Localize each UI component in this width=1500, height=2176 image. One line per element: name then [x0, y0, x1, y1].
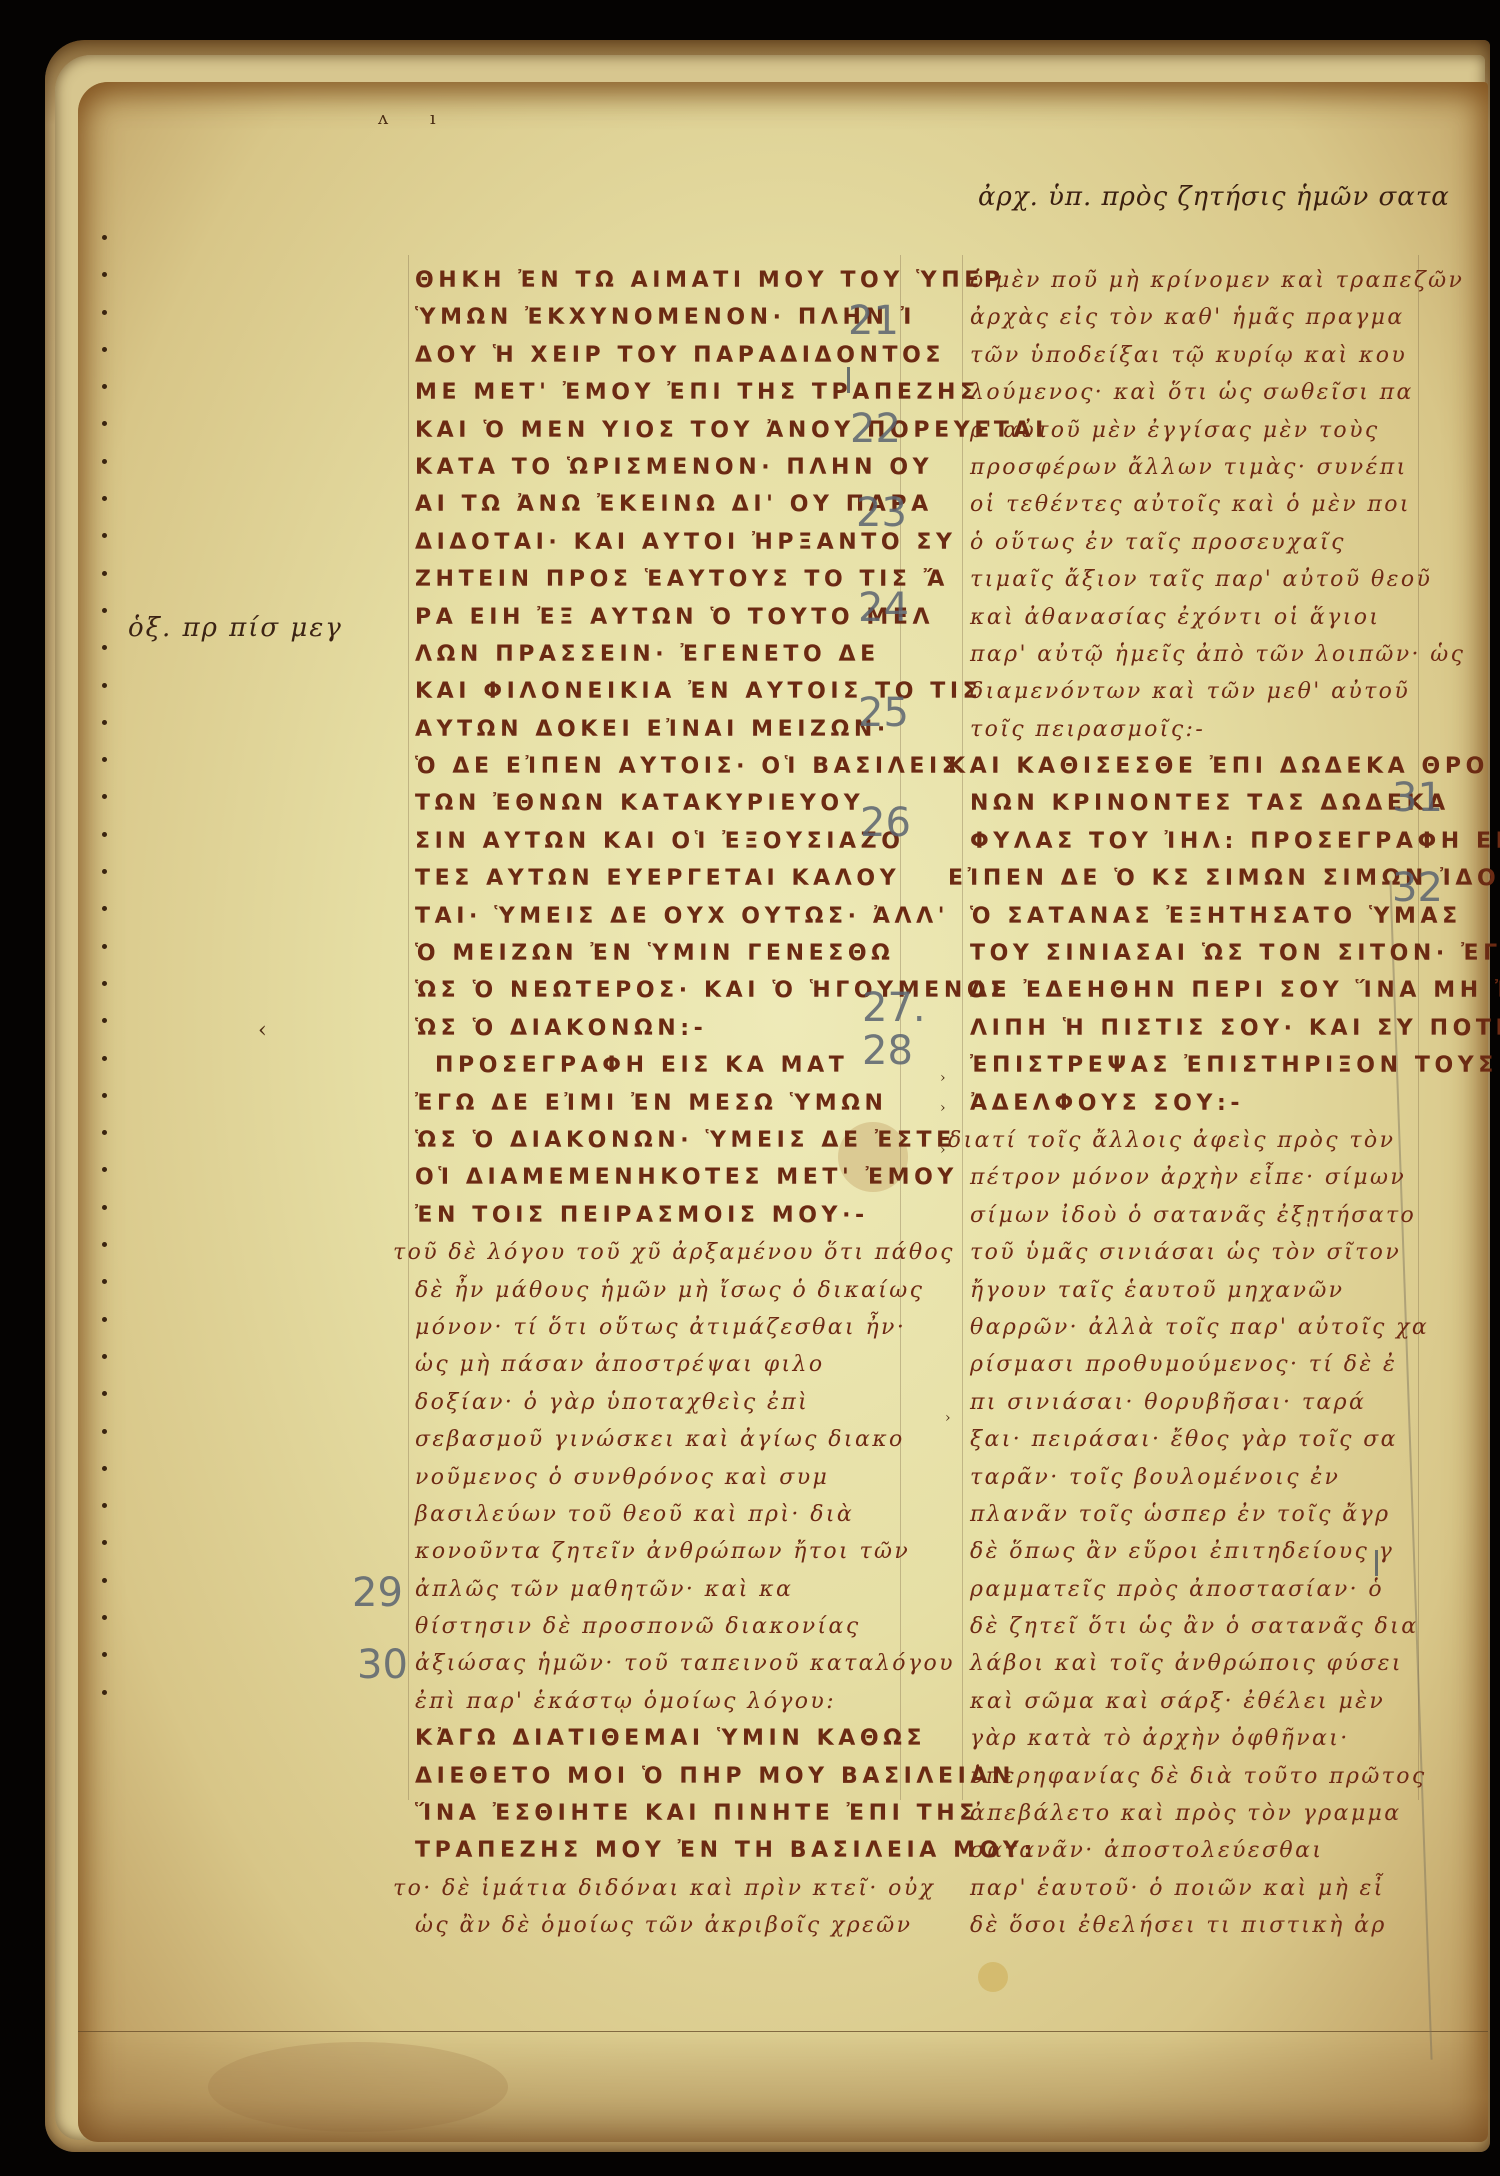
- text-line: σίμων ἰδοὺ ὁ σατανᾶς ἐξῃτήσατο: [970, 1197, 1410, 1234]
- stain: [978, 1962, 1008, 1992]
- text-line: δὲ ὅσοι ἐθελήσει τι πιστικὴ ἀρ: [970, 1907, 1410, 1944]
- text-line: ὩΣ Ὁ ΝΕΩΤΕΡΟΣ· ΚΑΙ Ὁ ἩΓΟΥΜΕΝΟΣ: [415, 972, 905, 1009]
- text-line: δὲ ὅπως ἂν εὕροι ἐπιτηδείους γ: [970, 1533, 1410, 1570]
- text-line: ΛΙΠΗ Ἡ ΠΙΣΤΙΣ ΣΟΥ· ΚΑΙ ΣΥ ΠΟΤΕ: [970, 1010, 1410, 1047]
- text-line: παρ' αὐτῷ ἡμεῖς ἀπὸ τῶν λοιπῶν· ὡς: [970, 636, 1410, 673]
- text-line: ΖΗΤΕΙΝ ΠΡΟΣ ἙΑΥΤΟΥΣ ΤΟ ΤΙΣ Ἄ: [415, 561, 905, 598]
- text-line: ἘΠΙΣΤΡΕΨΑΣ ἘΠΙΣΤΗΡΙΞΟΝ ΤΟΥΣ: [970, 1047, 1410, 1084]
- text-line: ὡς μὴ πάσαν ἀποστρέψαι φιλο: [415, 1346, 905, 1383]
- text-line: ὙΜΩΝ ἘΚΧΥΝΟΜΕΝΟΝ· ΠΛΗΝ Ἰ: [415, 299, 905, 336]
- left-column: ΘΗΚΗ ἘΝ ΤΩ ΑΙΜΑΤΙ ΜΟΥ ΤΟΥ ὙΠΕΡὙΜΩΝ ἘΚΧΥΝ…: [415, 262, 905, 1945]
- verse-number: 23: [856, 490, 907, 536]
- text-line: καὶ σῶμα καὶ σάρξ· ἐθέλει μὲν: [970, 1683, 1410, 1720]
- text-line: ΤΟΥ ΣΙΝΙΑΣΑΙ ὩΣ ΤΟΝ ΣΙΤΟΝ· ἘΓΩ: [970, 935, 1410, 972]
- text-line: ΔΙΕΘΕΤΟ ΜΟΙ Ὁ ΠΗΡ ΜΟΥ ΒΑΣΙΛΕΙΑΝ: [415, 1758, 905, 1795]
- stain: [208, 2042, 508, 2132]
- text-line: ΡΑ ΕΙΗ ἘΞ ΑΥΤΩΝ Ὁ ΤΟΥΤΟ ΜΕΛ: [415, 599, 905, 636]
- text-line: ξαι· πειράσαι· ἔθος γὰρ τοῖς σα: [970, 1421, 1410, 1458]
- verse-number: 29: [352, 1570, 403, 1616]
- text-line: ΔΙΔΟΤΑΙ· ΚΑΙ ΑΥΤΟΙ ἨΡΞΑΝΤΟ ΣΥ: [415, 524, 905, 561]
- verse-number: 32: [1392, 865, 1443, 911]
- text-line: ΔΟΥ Ἡ ΧΕΙΡ ΤΟΥ ΠΑΡΑΔΙΔΟΝΤΟΣ: [415, 337, 905, 374]
- text-line: ὁ μὲν ποῦ μὴ κρίνομεν καὶ τραπεζῶν: [970, 262, 1410, 299]
- text-line: ΣΙΝ ΑΥΤΩΝ ΚΑΙ ΟἹ ἘΞΟΥΣΙΑΖΟ: [415, 823, 905, 860]
- text-line: τοῦ ὑμᾶς σινιάσαι ὡς τὸν σῖτον: [970, 1234, 1410, 1271]
- left-margin-note: ὁξ. πρ πίσ μεγ: [128, 613, 343, 643]
- right-column: ὁ μὲν ποῦ μὴ κρίνομεν καὶ τραπεζῶνἀρχὰς …: [970, 262, 1410, 1945]
- verse-number: 26: [860, 800, 911, 846]
- text-line: ΔΕ ἘΔΕΗΘΗΝ ΠΕΡΙ ΣΟΥ ἽΝΑ ΜΗ ἘΚ: [970, 972, 1410, 1009]
- text-line: ταρᾶν· τοῖς βουλομένοις ἐν: [970, 1459, 1410, 1496]
- arrow-mark-icon: ›: [940, 1070, 946, 1086]
- text-line: τοῦ δὲ λόγου τοῦ χῦ ἀρξαμένου ὅτι πάθος: [393, 1234, 905, 1271]
- verse-number: 24: [858, 585, 909, 631]
- text-line: ΚΑΙ ΦΙΛΟΝΕΙΚΙΑ ἘΝ ΑΥΤΟΙΣ ΤΟ ΤΙΣ: [415, 673, 905, 710]
- text-line: ἀπεβάλετο καὶ πρὸς τὸν γραμμα: [970, 1795, 1410, 1832]
- text-line: τοῖς πειρασμοῖς:-: [970, 711, 1410, 748]
- arrow-mark-icon: ›: [940, 1142, 946, 1158]
- verse-number: 27.: [862, 985, 926, 1031]
- text-line: ἀπλῶς τῶν μαθητῶν· καὶ κα: [415, 1571, 905, 1608]
- text-line: θαρρῶν· ἀλλὰ τοῖς παρ' αὐτοῖς χα: [970, 1309, 1410, 1346]
- text-line: ΜΕ ΜΕΤ' ἘΜΟΥ ἘΠΙ ΤΗΣ ΤΡΑΠΕΖΗΣ: [415, 374, 905, 411]
- text-line: ἐπὶ παρ' ἑκάστῳ ὁμοίως λόγου:: [415, 1683, 905, 1720]
- text-line: ΘΗΚΗ ἘΝ ΤΩ ΑΙΜΑΤΙ ΜΟΥ ΤΟΥ ὙΠΕΡ: [415, 262, 905, 299]
- text-line: οἱ τεθέντες αὐτοῖς καὶ ὁ μὲν ποι: [970, 486, 1410, 523]
- text-line: τῶν ὑποδείξαι τῷ κυρίῳ καὶ κου: [970, 337, 1410, 374]
- text-line: ΤΡΑΠΕΖΗΣ ΜΟΥ ἘΝ ΤΗ ΒΑΣΙΛΕΙΑ ΜΟΥ:: [415, 1832, 905, 1869]
- text-line: λούμενος· καὶ ὅτι ὡς σωθεῖσι πα: [970, 374, 1410, 411]
- text-line: δὲ ζητεῖ ὅτι ὡς ἂν ὁ σατανᾶς δια: [970, 1608, 1410, 1645]
- text-line: ὡς ἂν δὲ ὁμοίως τῶν ἀκριβοῖς χρεῶν: [415, 1907, 905, 1944]
- verse-number: 28: [862, 1028, 913, 1074]
- text-line: ὁ οὕτως ἐν ταῖς προσευχαῖς: [970, 524, 1410, 561]
- text-line: ΠΡΟΣΕΓΡΑΦΗ ΕΙΣ ΚΑ ΜΑΤ: [415, 1047, 905, 1084]
- text-line: ΕἸΠΕΝ ΔΕ Ὁ ΚΣ ΣΙΜΩΝ ΣΙΜΩΝ ἸΔΟΥ: [948, 860, 1410, 897]
- text-line: μόνον· τί ὅτι οὕτως ἀτιμάζεσθαι ἦν·: [415, 1309, 905, 1346]
- text-line: τιμαῖς ἄξιον ταῖς παρ' αὐτοῦ θεοῦ: [970, 561, 1410, 598]
- text-line: βασιλεύων τοῦ θεοῦ καὶ πρὶ· διὰ: [415, 1496, 905, 1533]
- text-line: σεβασμοῦ γινώσκει καὶ ἀγίως διακο: [415, 1421, 905, 1458]
- text-line: ρίσμασι προθυμούμενος· τί δὲ ἐ: [970, 1346, 1410, 1383]
- verse-number: 25: [858, 690, 909, 736]
- text-line: ἤγουν ταῖς ἑαυτοῦ μηχανῶν: [970, 1272, 1410, 1309]
- pricking-marks: [102, 235, 110, 1695]
- text-line: ΚἈΓΩ ΔΙΑΤΙΘΕΜΑΙ ὙΜΙΝ ΚΑΘΩΣ: [415, 1720, 905, 1757]
- text-line: Ὁ ΜΕΙΖΩΝ ἘΝ ὙΜΙΝ ΓΕΝΕΣΘΩ: [415, 935, 905, 972]
- text-line: το· δὲ ἱμάτια διδόναι καὶ πρὶν κτεῖ· οὐχ: [393, 1870, 905, 1907]
- ruling-line: [408, 255, 409, 1800]
- text-line: παρ' ἑαυτοῦ· ὁ ποιῶν καὶ μὴ εἶ: [970, 1870, 1410, 1907]
- text-line: ἽΝΑ ἘΣΘΙΗΤΕ ΚΑΙ ΠΙΝΗΤΕ ἘΠΙ ΤΗΣ: [415, 1795, 905, 1832]
- text-line: νοῦμενος ὁ συνθρόνος καὶ συμ: [415, 1459, 905, 1496]
- text-line: ΚΑΙ Ὁ ΜΕΝ ΥΙΟΣ ΤΟΥ ἈΝΟΥ ΠΟΡΕΥΕΤΑΙ: [415, 412, 905, 449]
- text-line: ὑπερηφανίας δὲ διὰ τοῦτο πρῶτος: [970, 1758, 1410, 1795]
- text-line: ΟἹ ΔΙΑΜΕΜΕΝΗΚΟΤΕΣ ΜΕΤ' ἘΜΟΥ: [415, 1159, 905, 1196]
- text-line: ΤΩΝ ἘΘΝΩΝ ΚΑΤΑΚΥΡΙΕΥΟΥ: [415, 785, 905, 822]
- verse-number: 21: [848, 298, 899, 344]
- text-line: Ὁ ΔΕ ΕἸΠΕΝ ΑΥΤΟΙΣ· ΟἹ ΒΑΣΙΛΕΙΣ: [415, 748, 905, 785]
- text-line: ΑΙ ΤΩ ἈΝΩ ἘΚΕΙΝΩ ΔΙ' ΟΥ ΠΑΡΑ: [415, 486, 905, 523]
- text-line: πέτρον μόνον ἀρχὴν εἶπε· σίμων: [970, 1159, 1410, 1196]
- verse-divider-mark: [1375, 1550, 1378, 1576]
- text-line: σατανᾶν· ἀποστολεύεσθαι: [970, 1832, 1410, 1869]
- text-line: ΤΑΙ· ὙΜΕΙΣ ΔΕ ΟΥΧ ΟΥΤΩΣ· ἈΛΛ': [415, 898, 905, 935]
- text-line: ΚΑΙ ΚΑΘΙΣΕΣΘΕ ἘΠΙ ΔΩΔΕΚΑ ΘΡΟ: [948, 748, 1410, 785]
- arrow-mark-icon: ›: [945, 1410, 951, 1426]
- top-marks: ʌ ı: [378, 108, 454, 129]
- verse-number: 31: [1392, 775, 1443, 821]
- text-line: ἀξιώσας ἡμῶν· τοῦ ταπεινοῦ καταλόγου: [415, 1645, 905, 1682]
- text-line: προσφέρων ἄλλων τιμὰς· συνέπι: [970, 449, 1410, 486]
- text-line: ἀρχὰς εἰς τὸν καθ' ἡμᾶς πραγμα: [970, 299, 1410, 336]
- text-line: ἈΔΕΛΦΟΥΣ ΣΟΥ:-: [970, 1085, 1410, 1122]
- text-line: ΛΩΝ ΠΡΑΣΣΕΙΝ· ἘΓΕΝΕΤΟ ΔΕ: [415, 636, 905, 673]
- bracket-mark-icon: ‹: [258, 1018, 267, 1043]
- verse-number: 30: [357, 1642, 408, 1688]
- text-line: ΤΕΣ ΑΥΤΩΝ ΕΥΕΡΓΕΤΑΙ ΚΑΛΟΥ: [415, 860, 905, 897]
- text-line: ὩΣ Ὁ ΔΙΑΚΟΝΩΝ:-: [415, 1010, 905, 1047]
- text-line: ἘΝ ΤΟΙΣ ΠΕΙΡΑΣΜΟΙΣ ΜΟΥ·-: [415, 1197, 905, 1234]
- text-line: ΝΩΝ ΚΡΙΝΟΝΤΕΣ ΤΑΣ ΔΩΔΕΚΑ: [970, 785, 1410, 822]
- text-line: ραμματεῖς πρὸς ἀποστασίαν· ὁ: [970, 1571, 1410, 1608]
- verse-number: 22: [850, 406, 901, 452]
- text-line: ἘΓΩ ΔΕ ΕἸΜΙ ἘΝ ΜΕΣΩ ὙΜΩΝ: [415, 1085, 905, 1122]
- text-line: Ὁ ΣΑΤΑΝΑΣ ἘΞΗΤΗΣΑΤΟ ὙΜΑΣ: [970, 898, 1410, 935]
- text-line: διατί τοῖς ἄλλοις ἀφεὶς πρὸς τὸν: [948, 1122, 1410, 1159]
- text-line: ΦΥΛΑΣ ΤΟΥ ἸΗΛ: ΠΡΟΣΕΓΡΑΦΗ ΕΙΣ ΚΑ: [970, 823, 1410, 860]
- text-line: δὲ ἦν μάθους ἡμῶν μὴ ἴσως ὁ δικαίως: [415, 1272, 905, 1309]
- text-line: καὶ ἀθανασίας ἐχόντι οἱ ἅγιοι: [970, 599, 1410, 636]
- verse-divider-mark: [847, 367, 850, 393]
- text-line: ρ' αὐτοῦ μὲν ἐγγίσας μὲν τοὺς: [970, 412, 1410, 449]
- text-line: διαμενόντων καὶ τῶν μεθ' αὐτοῦ: [970, 673, 1410, 710]
- arrow-mark-icon: ›: [940, 1100, 946, 1116]
- running-head: ἀρχ. ὑπ. πρὸς ζητήσις ἡμῶν σατα: [978, 182, 1450, 212]
- text-line: ὩΣ Ὁ ΔΙΑΚΟΝΩΝ· ὙΜΕΙΣ ΔΕ ἘΣΤΕ: [415, 1122, 905, 1159]
- text-line: δοξίαν· ὁ γὰρ ὑποταχθεὶς ἐπὶ: [415, 1384, 905, 1421]
- text-line: πλανᾶν τοῖς ὡσπερ ἐν τοῖς ἄγρ: [970, 1496, 1410, 1533]
- text-line: ΑΥΤΩΝ ΔΟΚΕΙ ΕἸΝΑΙ ΜΕΙΖΩΝ·: [415, 711, 905, 748]
- text-line: γὰρ κατὰ τὸ ἀρχὴν ὀφθῆναι·: [970, 1720, 1410, 1757]
- text-line: ΚΑΤΑ ΤΟ ὩΡΙΣΜΕΝΟΝ· ΠΛΗΝ ΟΥ: [415, 449, 905, 486]
- text-line: θίστησιν δὲ προσπονῶ διακονίας: [415, 1608, 905, 1645]
- ruling-line: [962, 255, 963, 1800]
- text-line: πι σινιάσαι· θορυβῆσαι· ταρά: [970, 1384, 1410, 1421]
- text-line: κονοῦντα ζητεῖν ἀνθρώπων ἤτοι τῶν: [415, 1533, 905, 1570]
- text-line: λάβοι καὶ τοῖς ἀνθρώποις φύσει: [970, 1645, 1410, 1682]
